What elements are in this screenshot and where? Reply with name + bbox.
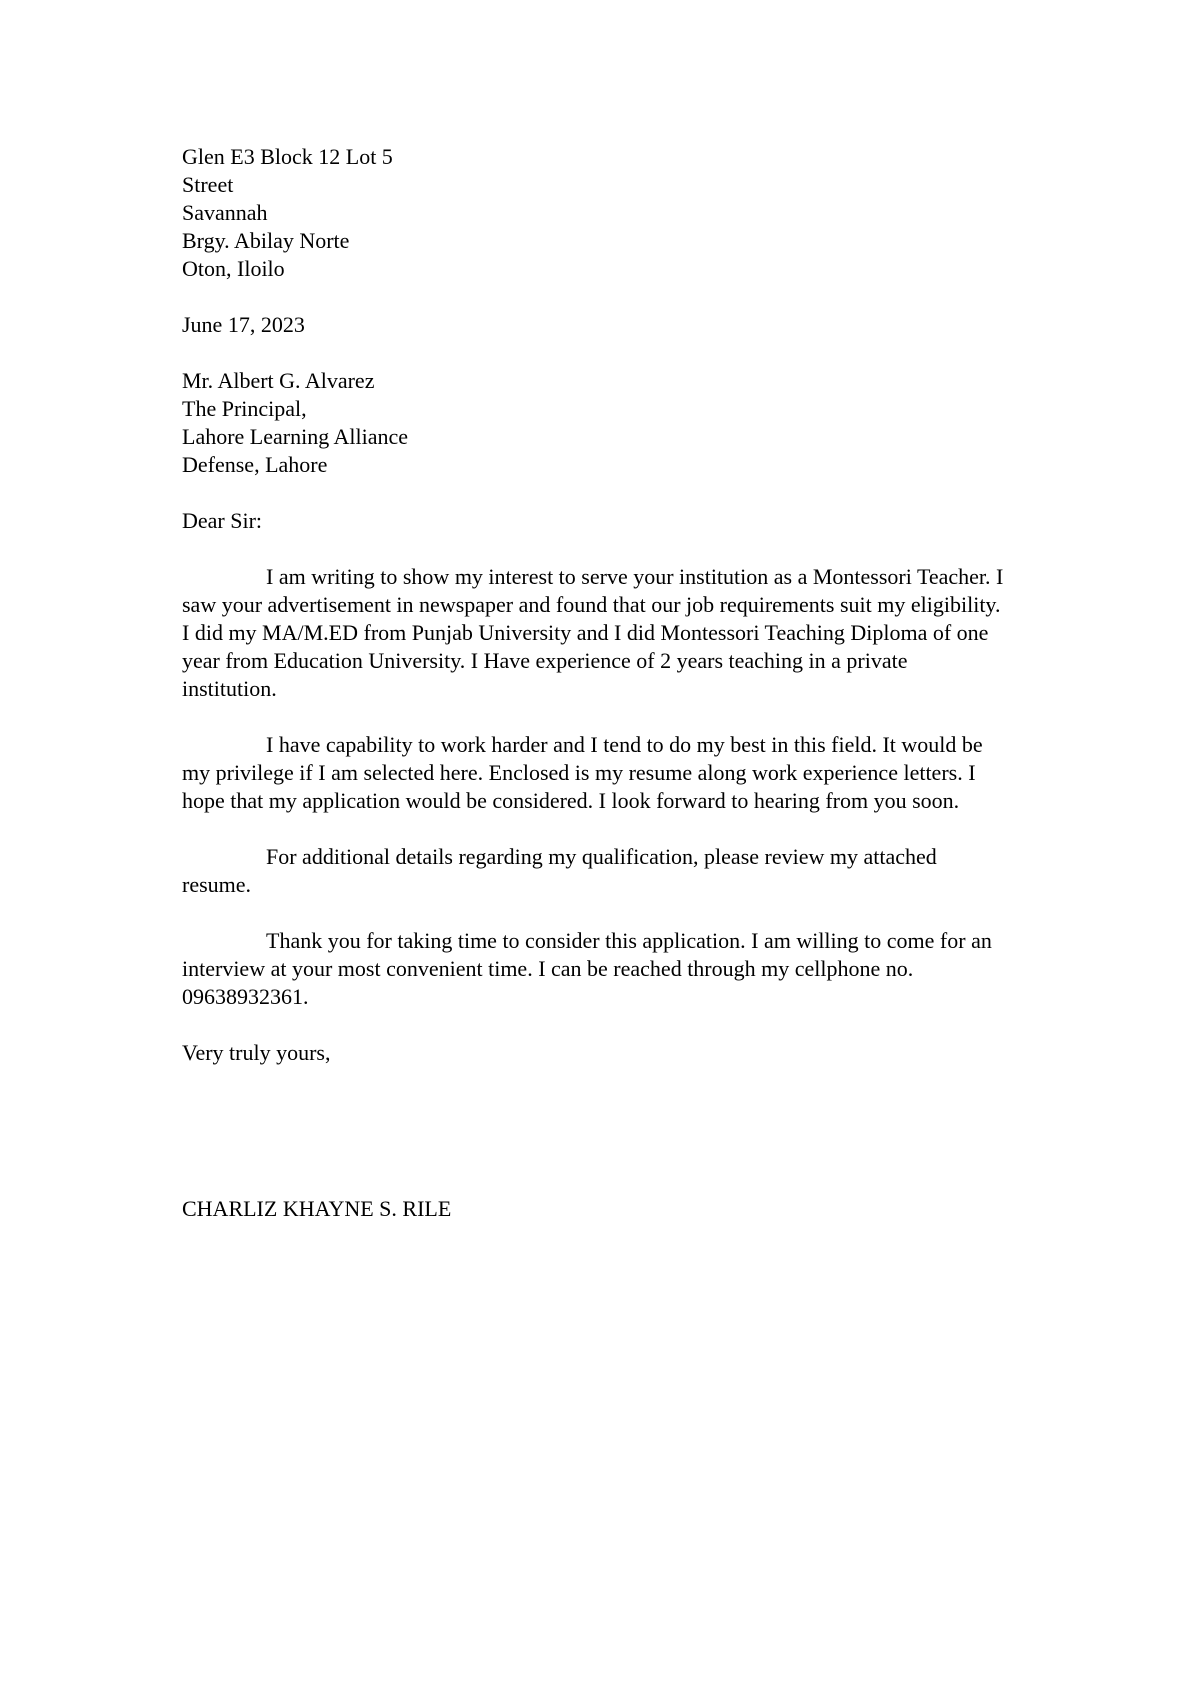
letter-body: Glen E3 Block 12 Lot 5 Street Savannah B… xyxy=(182,143,1006,1223)
body-paragraph-2: I have capability to work harder and I t… xyxy=(182,731,1006,815)
salutation: Dear Sir: xyxy=(182,507,1006,535)
body-paragraph-3: For additional details regarding my qual… xyxy=(182,843,1006,899)
sender-address-line: Oton, Iloilo xyxy=(182,255,1006,283)
recipient-line: Lahore Learning Alliance xyxy=(182,423,1006,451)
sender-address-block: Glen E3 Block 12 Lot 5 Street Savannah B… xyxy=(182,143,1006,283)
letter-date: June 17, 2023 xyxy=(182,311,1006,339)
complimentary-closing: Very truly yours, xyxy=(182,1039,1006,1067)
sender-address-line: Brgy. Abilay Norte xyxy=(182,227,1006,255)
body-paragraph-4: Thank you for taking time to consider th… xyxy=(182,927,1006,1011)
sender-address-line: Glen E3 Block 12 Lot 5 xyxy=(182,143,1006,171)
signature-name: CHARLIZ KHAYNE S. RILE xyxy=(182,1195,1006,1223)
sender-address-line: Savannah xyxy=(182,199,1006,227)
recipient-line: The Principal, xyxy=(182,395,1006,423)
body-paragraph-1: I am writing to show my interest to serv… xyxy=(182,563,1006,703)
letter-page: Glen E3 Block 12 Lot 5 Street Savannah B… xyxy=(0,0,1200,1698)
recipient-line: Mr. Albert G. Alvarez xyxy=(182,367,1006,395)
recipient-address-block: Mr. Albert G. Alvarez The Principal, Lah… xyxy=(182,367,1006,479)
sender-address-line: Street xyxy=(182,171,1006,199)
recipient-line: Defense, Lahore xyxy=(182,451,1006,479)
